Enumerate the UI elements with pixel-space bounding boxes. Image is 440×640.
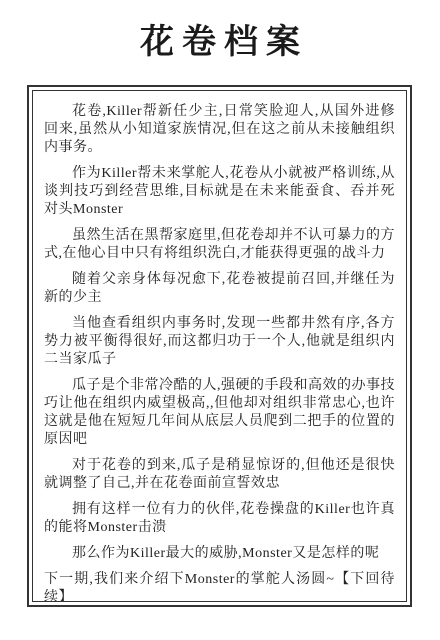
paragraph-question: 那么作为Killer最大的威胁,Monster又是怎样的呢 xyxy=(44,545,395,563)
paragraph-training: 作为Killer帮未来掌舵人,花卷从小就被严格训练,从谈判技巧到经营思维,目标就… xyxy=(44,165,395,219)
paragraph-succession: 随着父亲身体每况愈下,花卷被提前召回,并继任为新的少主 xyxy=(44,271,395,307)
paragraph-guazi: 瓜子是个非常冷酷的人,强硬的手段和高效的办事技巧让他在组织内威望极高,,但他却对… xyxy=(44,377,395,449)
profile-card: 花卷,Killer帮新任少主,日常笑脸迎人,从国外进修回来,虽然从小知道家族情况… xyxy=(32,90,407,602)
paragraph-values: 虽然生活在黑帮家庭里,但花卷却并不认可暴力的方式,在他心目中只有将组织洗白,才能… xyxy=(44,227,395,263)
paragraph-alliance: 拥有这样一位有力的伙伴,花卷操盘的Killer也许真的能将Monster击溃 xyxy=(44,501,395,537)
paragraph-intro: 花卷,Killer帮新任少主,日常笑脸迎人,从国外进修回来,虽然从小知道家族情况… xyxy=(44,103,395,157)
paragraph-organization: 当他查看组织内事务时,发现一些都井然有序,各方势力被平衡得很好,而这都归功于一个… xyxy=(44,315,395,369)
paragraph-next-issue: 下一期,我们来介绍下Monster的掌舵人汤圆~【下回待续】 xyxy=(44,571,395,602)
paragraph-loyalty: 对于花卷的到来,瓜子是稍显惊讶的,但他还是很快就调整了自己,并在花卷面前宣誓效忠 xyxy=(44,457,395,493)
document-page: 花卷档案 花卷,Killer帮新任少主,日常笑脸迎人,从国外进修回来,虽然从小知… xyxy=(0,0,440,640)
page-title: 花卷档案 xyxy=(0,0,440,68)
profile-card-frame: 花卷,Killer帮新任少主,日常笑脸迎人,从国外进修回来,虽然从小知道家族情况… xyxy=(27,85,412,607)
